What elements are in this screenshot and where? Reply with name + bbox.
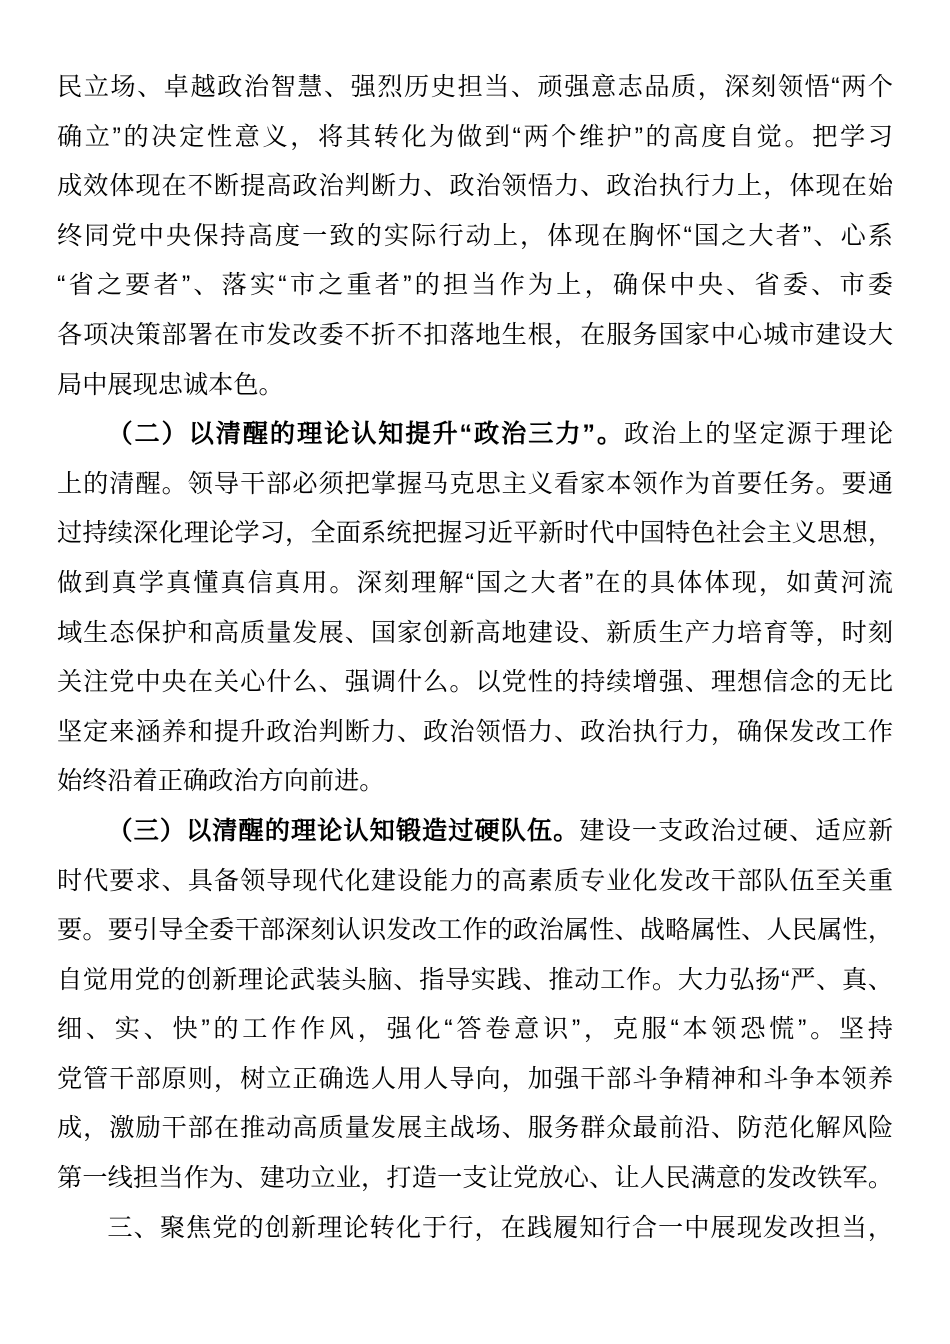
body-text: 各项决策部署在市发改委不折不扣落地生根，在服务国家中心城市建设大 [57, 321, 893, 349]
body-text: 自觉用党的创新理论武装头脑、指导实践、推动工作。大力弘扬“严、真、 [57, 966, 893, 994]
text-line: 上的清醒。领导干部必须把掌握马克思主义看家本领作为首要任务。要通 [57, 460, 893, 510]
body-text: 三、聚焦党的创新理论转化于行，在践履知行合一中展现发改担当， [107, 1214, 893, 1242]
section-heading-text: （二）以清醒的理论认知提升“政治三力”。 [107, 420, 624, 448]
text-line: “省之要者”、落实“市之重者”的担当作为上，确保中央、省委、市委 [57, 261, 893, 311]
text-line: 时代要求、具备领导现代化建设能力的高素质专业化发改干部队伍至关重 [57, 857, 893, 907]
body-text: 关注党中央在关心什么、强调什么。以党性的持续增强、理想信念的无比 [57, 668, 893, 696]
text-line: 第一线担当作为、建功立业，打造一支让党放心、让人民满意的发改铁军。 [57, 1154, 893, 1204]
body-text: 要。要引导全委干部深刻认识发改工作的政治属性、战略属性、人民属性， [57, 916, 893, 944]
text-line: 确立”的决定性意义，将其转化为做到“两个维护”的高度自觉。把学习 [57, 113, 893, 163]
text-line: （三）以清醒的理论认知锻造过硬队伍。建设一支政治过硬、适应新 [57, 807, 893, 857]
body-text: 局中展现忠诚本色。 [57, 371, 284, 399]
body-text: 终同党中央保持高度一致的实际行动上，体现在胸怀“国之大者”、心系 [57, 222, 893, 250]
body-text: 建设一支政治过硬、适应新 [579, 817, 893, 845]
text-line: 党管干部原则，树立正确选人用人导向，加强干部斗争精神和斗争本领养 [57, 1055, 893, 1105]
body-text: 第一线担当作为、建功立业，打造一支让党放心、让人民满意的发改铁军。 [57, 1164, 893, 1192]
text-line: 成，激励干部在推动高质量发展主战场、服务群众最前沿、防范化解风险 [57, 1104, 893, 1154]
body-text: 确立”的决定性意义，将其转化为做到“两个维护”的高度自觉。把学习 [57, 123, 893, 151]
body-text: 党管干部原则，树立正确选人用人导向，加强干部斗争精神和斗争本领养 [57, 1065, 893, 1093]
text-line: 终同党中央保持高度一致的实际行动上，体现在胸怀“国之大者”、心系 [57, 212, 893, 262]
body-text: 时代要求、具备领导现代化建设能力的高素质专业化发改干部队伍至关重 [57, 867, 893, 895]
text-line: 域生态保护和高质量发展、国家创新高地建设、新质生产力培育等，时刻 [57, 609, 893, 659]
text-line: 要。要引导全委干部深刻认识发改工作的政治属性、战略属性、人民属性， [57, 906, 893, 956]
body-text: 过持续深化理论学习，全面系统把握习近平新时代中国特色社会主义思想， [57, 519, 893, 547]
body-text: “省之要者”、落实“市之重者”的担当作为上，确保中央、省委、市委 [57, 271, 893, 299]
text-line: 始终沿着正确政治方向前进。 [57, 757, 893, 807]
text-line: 成效体现在不断提高政治判断力、政治领悟力、政治执行力上，体现在始 [57, 162, 893, 212]
text-line: 自觉用党的创新理论武装头脑、指导实践、推动工作。大力弘扬“严、真、 [57, 956, 893, 1006]
text-line: 坚定来涵养和提升政治判断力、政治领悟力、政治执行力，确保发改工作 [57, 708, 893, 758]
body-text: 细、实、快”的工作作风，强化“答卷意识”，克服“本领恐慌”。坚持 [57, 1015, 893, 1043]
body-text: 成，激励干部在推动高质量发展主战场、服务群众最前沿、防范化解风险 [57, 1114, 893, 1142]
text-line: 民立场、卓越政治智慧、强烈历史担当、顽强意志品质，深刻领悟“两个 [57, 63, 893, 113]
document-page: 民立场、卓越政治智慧、强烈历史担当、顽强意志品质，深刻领悟“两个确立”的决定性意… [0, 0, 950, 1344]
body-text: 始终沿着正确政治方向前进。 [57, 767, 384, 795]
document-text-block: 民立场、卓越政治智慧、强烈历史担当、顽强意志品质，深刻领悟“两个确立”的决定性意… [57, 63, 893, 1253]
text-line: 关注党中央在关心什么、强调什么。以党性的持续增强、理想信念的无比 [57, 658, 893, 708]
text-line: 三、聚焦党的创新理论转化于行，在践履知行合一中展现发改担当， [57, 1204, 893, 1254]
body-text: 做到真学真懂真信真用。深刻理解“国之大者”在的具体体现，如黄河流 [57, 569, 893, 597]
text-line: 做到真学真懂真信真用。深刻理解“国之大者”在的具体体现，如黄河流 [57, 559, 893, 609]
body-text: 政治上的坚定源于理论 [624, 420, 893, 448]
body-text: 成效体现在不断提高政治判断力、政治领悟力、政治执行力上，体现在始 [57, 172, 893, 200]
section-heading-text: （三）以清醒的理论认知锻造过硬队伍。 [107, 817, 579, 845]
text-line: 局中展现忠诚本色。 [57, 361, 893, 411]
text-line: 过持续深化理论学习，全面系统把握习近平新时代中国特色社会主义思想， [57, 509, 893, 559]
body-text: 上的清醒。领导干部必须把掌握马克思主义看家本领作为首要任务。要通 [57, 470, 893, 498]
body-text: 民立场、卓越政治智慧、强烈历史担当、顽强意志品质，深刻领悟“两个 [57, 73, 893, 101]
body-text: 域生态保护和高质量发展、国家创新高地建设、新质生产力培育等，时刻 [57, 619, 893, 647]
text-line: （二）以清醒的理论认知提升“政治三力”。政治上的坚定源于理论 [57, 410, 893, 460]
text-line: 各项决策部署在市发改委不折不扣落地生根，在服务国家中心城市建设大 [57, 311, 893, 361]
body-text: 坚定来涵养和提升政治判断力、政治领悟力、政治执行力，确保发改工作 [57, 718, 893, 746]
text-line: 细、实、快”的工作作风，强化“答卷意识”，克服“本领恐慌”。坚持 [57, 1005, 893, 1055]
